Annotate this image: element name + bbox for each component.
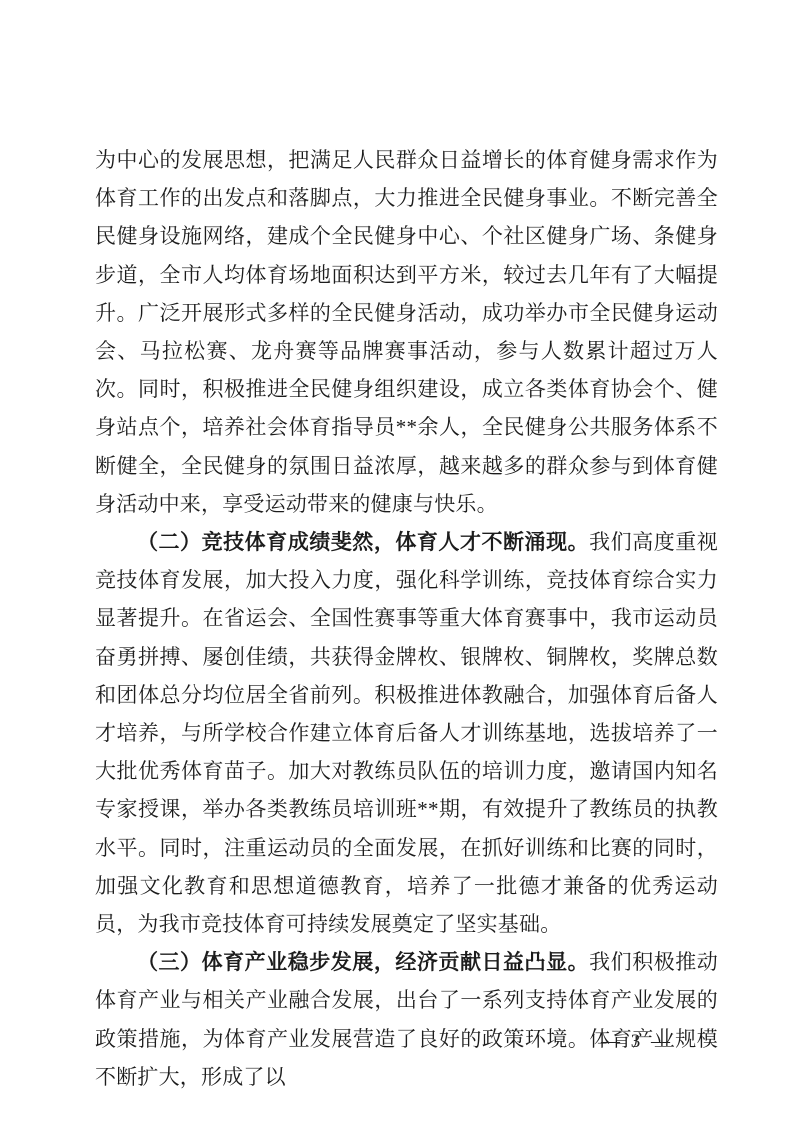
paragraph-sports-industry: （三）体育产业稳步发展，经济贡献日益凸显。我们积极推动体育产业与相关产业融合发展… (95, 943, 718, 1096)
page-number: — 3 — (584, 1028, 690, 1056)
section-heading: （二）竞技体育成绩斐然，体育人才不断涌现。 (137, 530, 589, 554)
document-body: 为中心的发展思想，把满足人民群众日益增长的体育健身需求作为体育工作的出发点和落脚… (95, 141, 718, 1096)
body-text: 为中心的发展思想，把满足人民群众日益增长的体育健身需求作为体育工作的出发点和落脚… (95, 148, 718, 516)
document-page: 为中心的发展思想，把满足人民群众日益增长的体育健身需求作为体育工作的出发点和落脚… (0, 0, 793, 1122)
paragraph-competitive-sports: （二）竞技体育成绩斐然，体育人才不断涌现。我们高度重视竞技体育发展，加大投入力度… (95, 523, 718, 943)
body-text: 我们高度重视竞技体育发展，加大投入力度，强化科学训练，竞技体育综合实力显著提升。… (95, 530, 718, 936)
section-heading: （三）体育产业稳步发展，经济贡献日益凸显。 (137, 950, 589, 974)
paragraph-mass-fitness: 为中心的发展思想，把满足人民群众日益增长的体育健身需求作为体育工作的出发点和落脚… (95, 141, 718, 523)
